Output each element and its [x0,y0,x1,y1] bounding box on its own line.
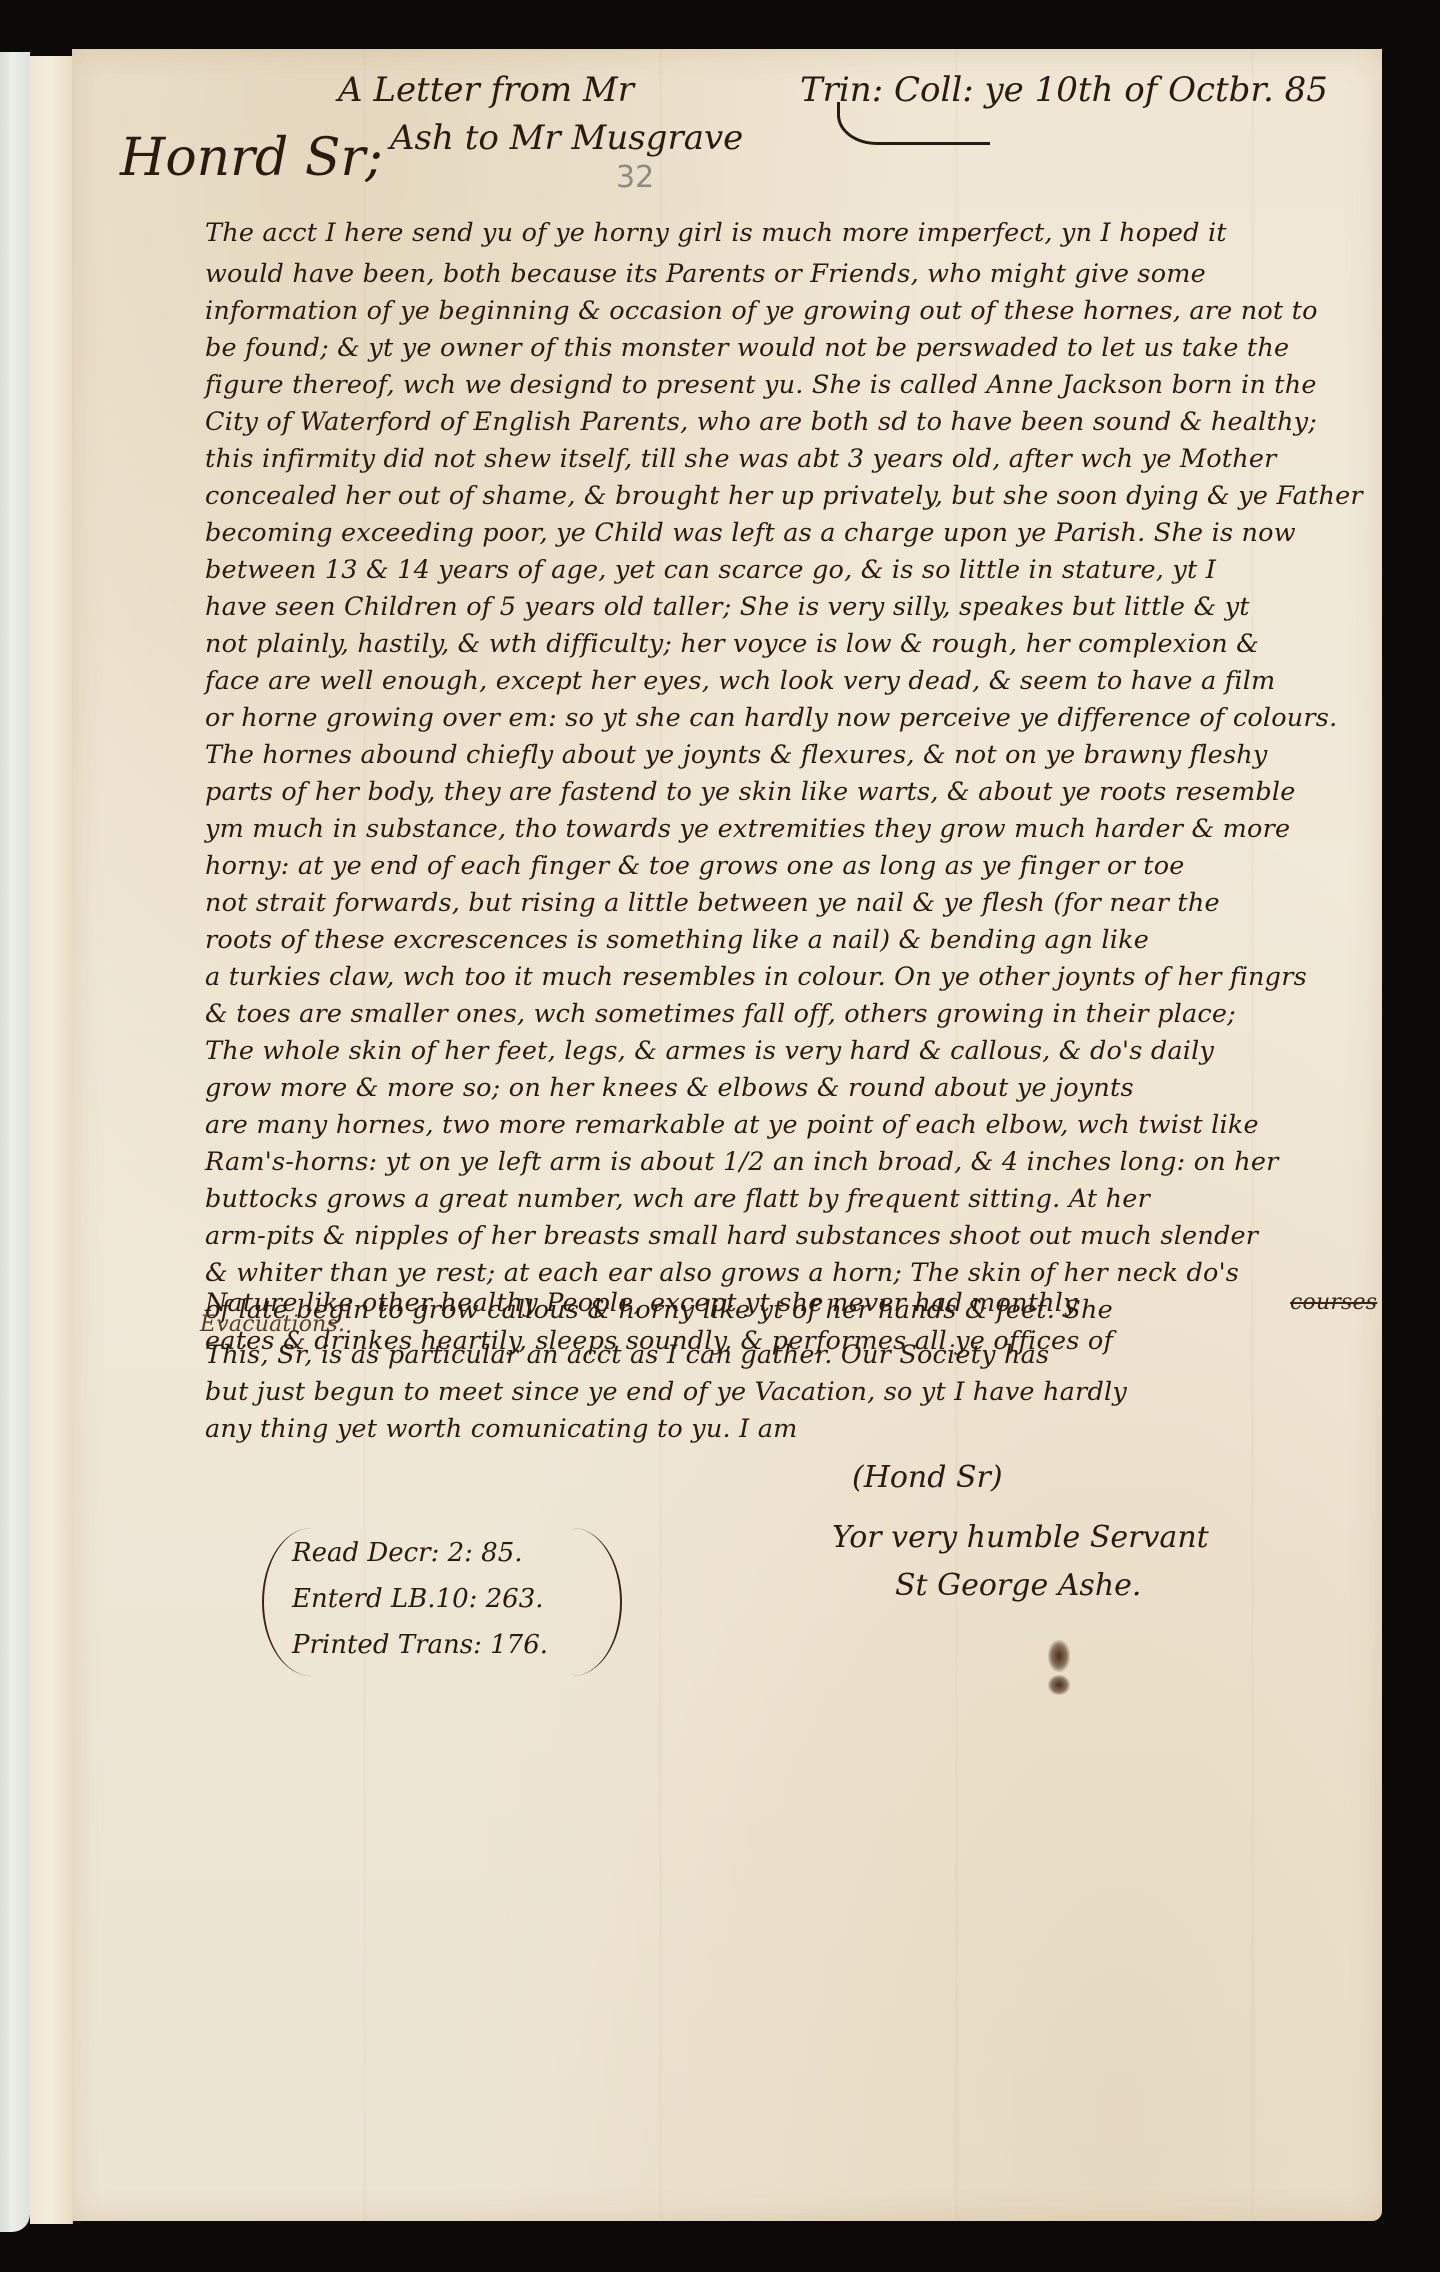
registry-note-printed: Printed Trans: 176. [292,1630,548,1660]
closing-line: any thing yet worth comunicating to yu. … [205,1414,797,1444]
binding-stub [30,56,73,2224]
closing-line: but just begun to meet since ye end of y… [205,1377,1127,1407]
body-line: concealed her out of shame, & brought he… [205,481,1363,511]
heading-line-1: A Letter from Mr [338,70,634,110]
salutation: Honrd Sr; [120,128,383,188]
ink-blot [1048,1675,1070,1695]
body-line: Ram's-horns: yt on ye left arm is about … [205,1147,1279,1177]
body-line: arm-pits & nipples of her breasts small … [205,1221,1258,1251]
body-line: would have been, both because its Parent… [205,259,1206,289]
heading-dateline: Trin: Coll: ye 10th of Octbr. 85 [800,70,1328,110]
body-line: be found; & yt ye owner of this monster … [205,333,1289,363]
struck-word: courses [1290,1290,1377,1315]
body-line: or horne growing over em: so yt she can … [205,703,1337,733]
closing-line: This, Sr, is as particular an acct as I … [205,1340,1049,1370]
body-line: between 13 & 14 years of age, yet can sc… [205,555,1216,585]
body-line: The whole skin of her feet, legs, & arme… [205,1036,1214,1066]
body-line: grow more & more so; on her knees & elbo… [205,1073,1134,1103]
heading-line-2: Ash to Mr Musgrave [390,118,743,158]
body-line: & whiter than ye rest; at each ear also … [205,1258,1239,1288]
body-line: not plainly, hastily, & wth difficulty; … [205,629,1259,659]
body-line: becoming exceeding poor, ye Child was le… [205,518,1296,548]
body-line: figure thereof, wch we designd to presen… [205,370,1317,400]
valediction-servant: Yor very humble Servant [832,1520,1209,1555]
body-line: buttocks grows a great number, wch are f… [205,1184,1150,1214]
signature: St George Ashe. [895,1568,1141,1603]
inserted-word: Evacuations. [200,1312,345,1337]
ink-blot [1048,1640,1070,1672]
body-line: horny: at ye end of each finger & toe gr… [205,851,1185,881]
body-line: this infirmity did not shew itself, till… [205,444,1277,474]
body-line: City of Waterford of English Parents, wh… [205,407,1317,437]
body-line: information of ye beginning & occasion o… [205,296,1318,326]
body-line: parts of her body, they are fastend to y… [205,777,1296,807]
body-line: have seen Children of 5 years old taller… [205,592,1250,622]
body-line: are many hornes, two more remarkable at … [205,1110,1259,1140]
binding-guard-strip [0,52,30,2232]
folio-number: 32 [616,160,654,195]
body-line: not strait forwards, but rising a little… [205,888,1220,918]
registry-note-read: Read Decr: 2: 85. [292,1538,523,1568]
body-line: face are well enough, except her eyes, w… [205,666,1275,696]
body-line: roots of these excrescences is something… [205,925,1149,955]
registry-note-entered: Enterd LB.10: 263. [292,1584,544,1614]
body-line: & toes are smaller ones, wch sometimes f… [205,999,1236,1029]
valediction-bracketed: (Hond Sr) [852,1460,1003,1495]
body-line: The hornes abound chiefly about ye joynt… [205,740,1267,770]
body-line: a turkies claw, wch too it much resemble… [205,962,1307,992]
body-line: The acct I here send yu of ye horny girl… [205,218,1227,248]
body-line: ym much in substance, tho towards ye ext… [205,814,1290,844]
